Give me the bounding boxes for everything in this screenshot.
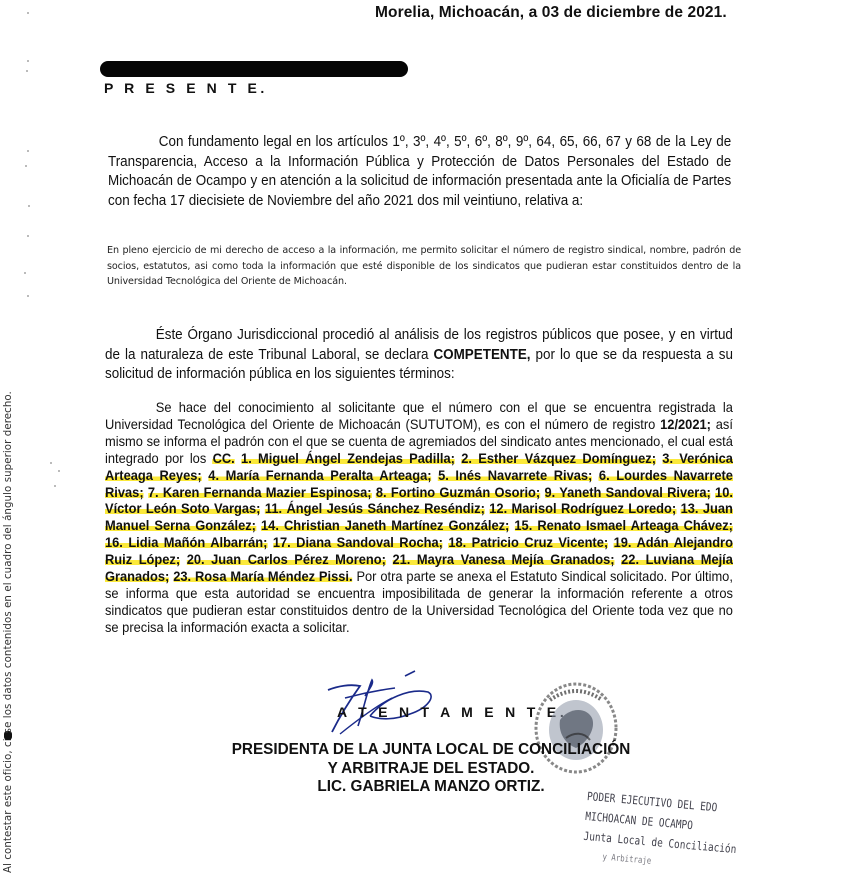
paragraph-competence: Éste Órgano Jurisdiccional procedió al a… [105,326,733,385]
scan-speck [25,165,27,167]
member-entry: 16. Lidia Mañón Albarrán; [105,535,267,550]
scan-speck [28,205,30,207]
paragraph-legal-basis-text: Con fundamento legal en los artículos 1º… [108,134,731,209]
member-entry: 14. Christian Janeth Martínez González; [261,518,509,533]
competence-bold: COMPETENTE, [433,347,530,363]
member-entry: 18. Patricio Cruz Vicente; [448,535,608,550]
signatory-title-2: Y ARBITRAJE DEL ESTADO. [196,760,666,779]
member-entry: 17. Diana Sandoval Rocha; [273,535,443,550]
scan-speck [54,485,56,487]
institution-stamp: PODER EJECUTIVO DEL EDO MICHOACAN DE OCA… [581,786,678,874]
scan-speck [27,150,29,152]
margin-note: Al contestar este oficio, cise los datos… [3,391,14,873]
paragraph-legal-basis: Con fundamento legal en los artículos 1º… [108,133,731,211]
scan-speck [27,235,29,237]
request-quote: En pleno ejercicio de mi derecho de acce… [107,243,741,290]
member-entry: 1. Miguel Ángel Zendejas Padilla; [241,451,455,466]
salutation: P R E S E N T E. [104,80,268,96]
member-entry: 12. Marisol Rodríguez Loredo; [489,501,676,516]
member-entry: 7. Karen Fernanda Mazier Espinosa; [148,485,372,500]
margin-note-after: se los datos contenidos en el cuadro del… [3,391,14,733]
member-entry: 15. Renato Ismael Arteaga Chávez; [514,518,733,533]
member-entry: 20. Juan Carlos Pérez Moreno; [187,552,386,567]
registry-number: 12/2021; [660,417,711,432]
member-entry: 9. Yaneth Sandoval Rivera; [544,485,710,500]
margin-note-before: Al contestar este oficio, ci [3,738,14,873]
scan-speck [58,470,60,472]
scan-speck [24,272,26,274]
members-prefix: CC. [213,451,235,466]
response-intro: Se hace del conocimiento al solicitante … [105,400,733,432]
member-entry: 2. Esther Vázquez Domínguez; [461,451,656,466]
paragraph-response: Se hace del conocimiento al solicitante … [105,400,733,637]
member-entry: 21. Mayra Vanesa Mejía Granados; [392,552,614,567]
member-entry: 4. María Fernanda Peralta Arteaga; [208,468,431,483]
member-entry: 5. Inés Navarrete Rivas; [438,468,592,483]
scan-speck [27,12,29,14]
scan-speck [27,295,29,297]
member-entry: 23. Rosa María Méndez Pissi. [173,569,352,584]
member-list: 1. Miguel Ángel Zendejas Padilla; 2. Est… [105,451,733,584]
member-entry: 11. Ángel Jesús Sánchez Reséndiz; [265,501,485,516]
scan-speck [50,462,52,464]
scan-speck [26,70,28,72]
signatory-title-1: PRESIDENTA DE LA JUNTA LOCAL DE CONCILIA… [196,741,666,760]
addressee-redaction [100,61,408,77]
member-entry: 8. Fortino Guzmán Osorio; [376,485,540,500]
date-line: Morelia, Michoacán, a 03 de diciembre de… [375,4,727,22]
scan-speck [27,60,29,62]
